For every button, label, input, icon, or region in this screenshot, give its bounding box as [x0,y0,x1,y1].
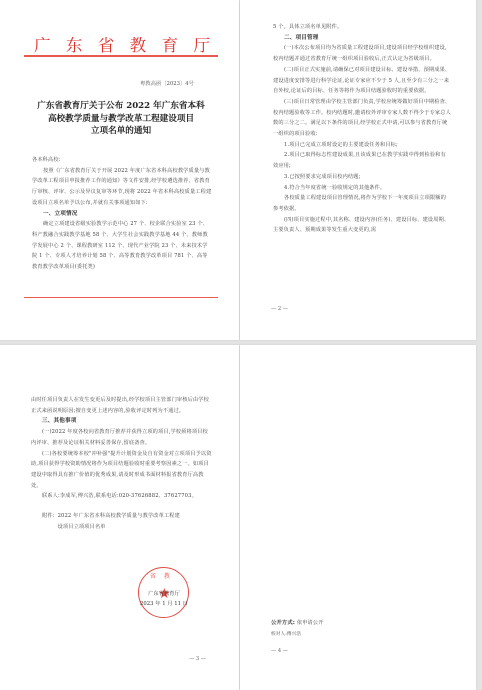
letterhead-char: 东 [66,32,83,56]
signature-block: 广东省教育厅 2023 年 1 月 11 日 [136,589,192,609]
footer-rule [24,297,218,298]
page-number: — 4 — [271,648,288,654]
disclosure-label: 公开方式: [271,620,295,626]
document-page-3: 由时任项目负责人在发生变更后及时提出,经学校项目主管部门审核后由学校正式来函说明… [0,345,239,690]
body-page-1: 各本科高校: 按照《广东省教育厅关于开展 2022 年度广东省本科高校教学质量与… [32,155,212,273]
attachment-label: 附件: [42,511,55,532]
continued-text: 5 个。具体立项名单见附件。 [273,22,451,33]
contact-info: 联系人:李成军,傅兴浩,联系电话:020-37626882、37627703。 [31,491,213,502]
letterhead-char: 教 [130,32,147,56]
continued-text: 由时任项目负责人在发生变更后及时提出,经学校项目主管部门审核后由学校正式来函说明… [31,395,213,416]
document-page-1: 广 东 省 教 育 厅 粤教高函〔2023〕4号 广东省教育厅关于公布 2022… [0,0,239,340]
document-page-4: 公开方式: 依申请公开 校对人:傅兴浩 — 4 — [240,345,476,690]
section-heading-3: 三、其他事项 [31,416,213,427]
section-1-paragraph: 确定立项建设省级实验教学示范中心 27 个、校企联合实验室 23 个、科产教融合… [32,219,212,273]
section-heading-1: 一、立项情况 [32,209,212,220]
condition-item: 3.已按照要求完成项目校内结题; [273,172,451,183]
seal-text: 省 教 [150,571,173,580]
title-line: 高校教学质量与教学改革工程建设项目 [24,113,218,126]
page-number: — 3 — [189,656,206,662]
proofreader: 校对人:傅兴浩 [271,629,451,640]
condition-item: 2.项目已取得标志性建设成果,且该成果已在教学实践中得到检验和有效应用; [273,150,451,171]
title-line: 立项名单的通知 [24,125,218,138]
title-line: 广东省教育厅关于公布 2022 年广东省本科 [24,100,218,113]
paragraph: (四)项目实施过程中,其名称、建设内容(任务)、建设目标、建设周期、主要负责人、… [273,215,451,236]
document-page-2: 5 个。具体立项名单见附件。 二、项目管理 (一)本次公布项目均为省质量工程建设… [240,0,476,340]
letterhead-rule [24,55,218,57]
signing-date: 2023 年 1 月 11 日 [136,599,192,609]
paragraph: (三)项目日常管理由学校主管部门负责,学校应统筹做好项目中期检查、校内结题验收等… [273,97,451,140]
body-page-2: 5 个。具体立项名单见附件。 二、项目管理 (一)本次公布项目均为省质量工程建设… [273,22,451,236]
paragraph: 各校质量工程建设项目管理情况,将作为学校下一年度项目立项限额的参考依据。 [273,193,451,214]
document-number: 粤教高函〔2023〕4号 [140,79,194,87]
document-title: 广东省教育厅关于公布 2022 年广东省本科 高校教学质量与教学改革工程建设项目… [24,100,218,138]
condition-item: 4.符合当年度省统一验收规定的其他条件。 [273,183,451,194]
letterhead-char: 育 [162,32,179,56]
footer-info: 公开方式: 依申请公开 校对人:傅兴浩 [271,618,451,640]
letterhead-char: 广 [34,32,51,56]
intro-paragraph: 按照《广东省教育厅关于开展 2022 年度广东省本科高校教学质量与教学改革工程项… [32,166,212,209]
section-heading-2: 二、项目管理 [273,33,451,44]
signing-authority: 广东省教育厅 [136,589,192,599]
page-number: — 2 — [271,306,288,312]
paragraph: (二)项目正式实施前,请确保已对项目建设目标、建设举措、预期成果、建设进度安排等… [273,65,451,97]
letterhead: 广 东 省 教 育 厅 [34,32,210,56]
letterhead-char: 省 [98,32,115,56]
paragraph: (二)各校要统筹本校"冲补强"提升计划资金及自有资金对立项项目予以资助,项目获得… [31,449,213,492]
condition-item: 1.项目已完成立项时设定的主要建设任务和目标; [273,140,451,151]
paragraph: (一)本次公布项目均为省质量工程建设项目,建设项目经学校组织建设,校内结题并通过… [273,43,451,64]
attachment-line: 2022 年广东省本科高校教学质量与教学改革工程建 [58,511,180,522]
letterhead-char: 厅 [193,32,210,56]
attachment-line: 设项目立项项目名单 [58,522,180,533]
attachment: 附件: 2022 年广东省本科高校教学质量与教学改革工程建 设项目立项项目名单 [31,511,213,532]
body-page-3: 由时任项目负责人在发生变更后及时提出,经学校项目主管部门审核后由学校正式来函说明… [31,395,213,532]
salutation: 各本科高校: [32,155,212,166]
disclosure-value: 依申请公开 [297,620,324,626]
paragraph: (一)2022 年度各校向省教育厅推荐并获得立项的项目,学校须将项目校内评审、推… [31,427,213,448]
